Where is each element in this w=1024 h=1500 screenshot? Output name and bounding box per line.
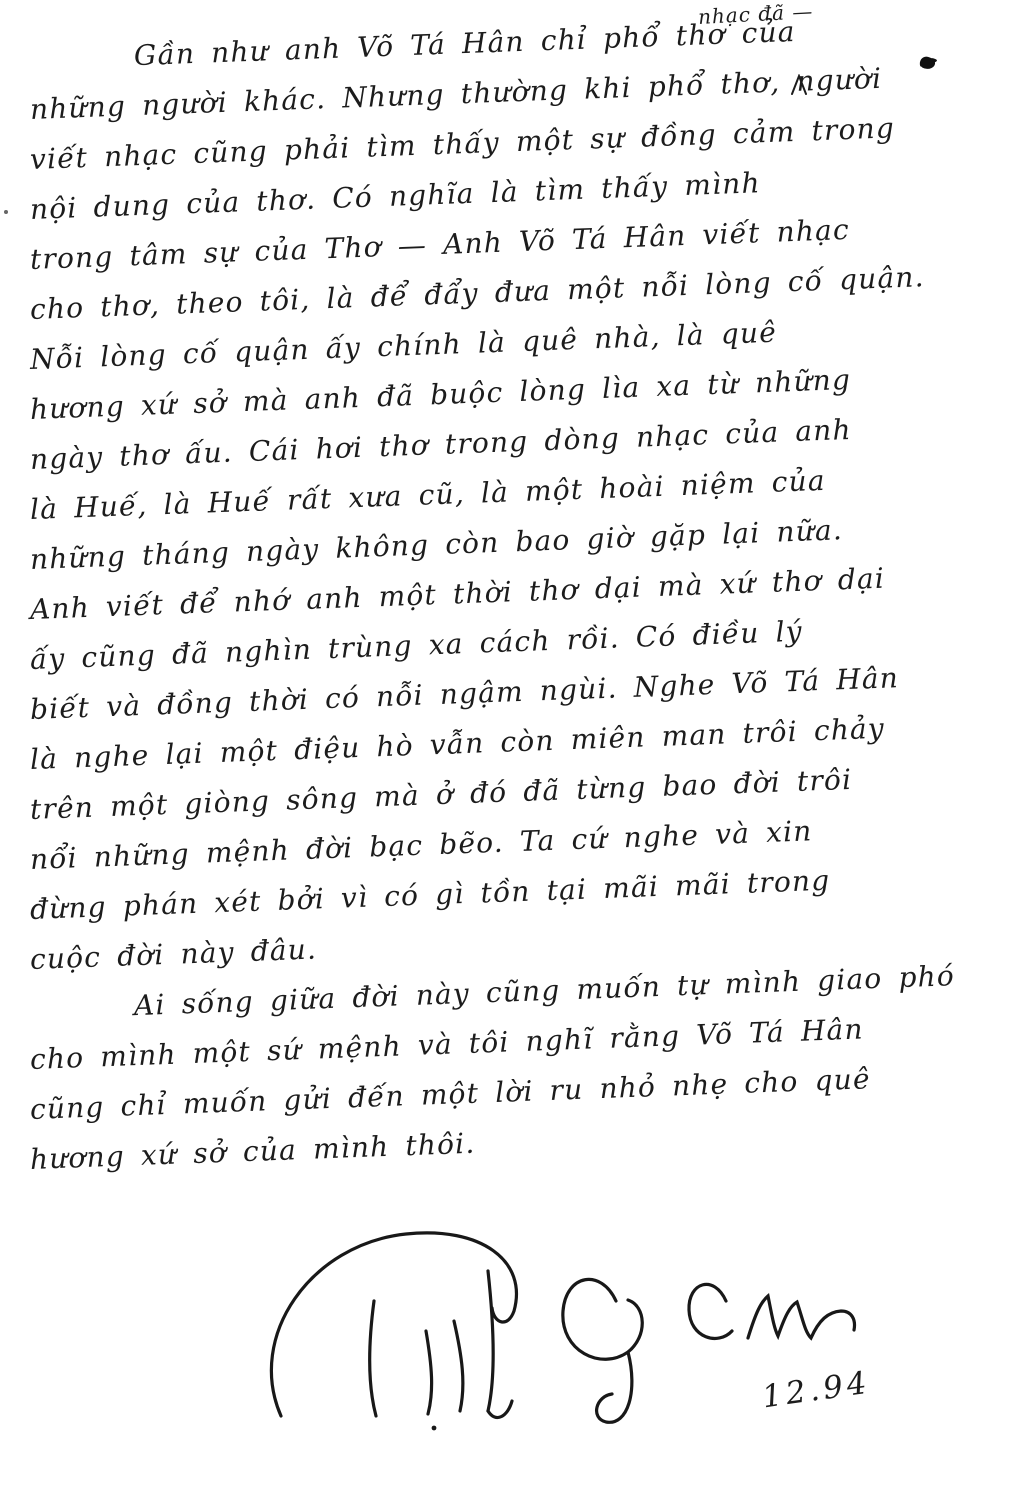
scanned-letter-page: nhạc đã — Gần như anh Võ Tá Hân chỉ phổ … [0,0,1024,1500]
scan-speck [4,210,8,214]
letter-body: Gần như anh Võ Tá Hân chỉ phổ thơ củanhữ… [30,34,1016,1184]
